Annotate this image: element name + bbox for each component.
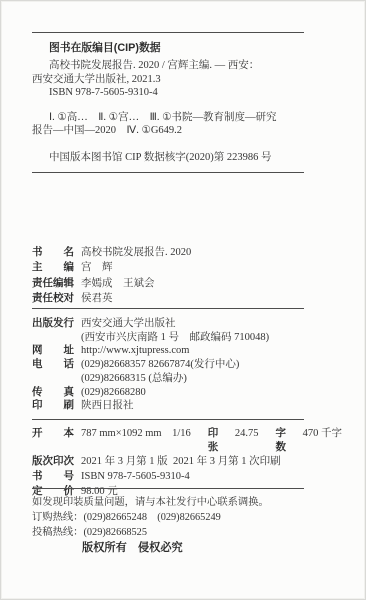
field-row-book-number: 书 号 ISBN 978-7-5605-9310-4 [32,469,342,484]
field-value: 陕西日报社 [81,399,134,413]
field-value: http://www.xjtupress.com [81,344,189,358]
copyright-page: 图书在版编目(CIP)数据 高校书院发展报告. 2020 / 宫辉主编. — 西… [0,0,366,600]
field-row-format: 开 本 787 mm×1092 mm 1/16 印张 24.75 字数 470 … [32,426,342,454]
field-label-wordcount: 字数 [276,426,293,454]
field-row-address: (西安市兴庆南路 1 号 邮政编码 710048) [32,331,342,345]
copyright-statement: 版权所有 侵权必究 [32,539,304,555]
field-value: 西安交通大学出版社 [81,317,176,331]
divider-rule-2 [32,172,304,173]
field-value: 宫 辉 [81,261,113,275]
field-value: 侯君英 [81,292,113,306]
cip-publisher-line: 西安交通大学出版社, 2021.3 [32,73,307,87]
divider-rule-3 [32,308,304,309]
cip-isbn-line: ISBN 978-7-5605-9310-4 [32,86,307,100]
divider-rule-4 [32,419,304,420]
field-row-phone-2: (029)82668315 (总编办) [32,372,342,386]
field-row-proofreader: 责任校对 侯君英 [32,291,332,306]
field-row-publisher: 出版发行 西安交通大学出版社 [32,317,342,331]
field-row-fax: 传 真 (029)82668280 [32,386,342,400]
cip-class-line-2: 报告—中国—2020 Ⅳ. ①G649.2 [32,124,307,138]
field-row-printer: 印 刷 陕西日报社 [32,399,342,413]
field-row-title: 书 名 高校书院发展报告. 2020 [32,245,332,260]
field-label: 责任校对 [32,291,81,305]
cip-header: 图书在版编目(CIP)数据 [32,41,307,55]
field-row-edition: 版次印次 2021 年 3 月第 1 版 2021 年 3 月第 1 次印刷 [32,454,342,469]
field-value: (西安市兴庆南路 1 号 邮政编码 710048) [81,331,269,345]
field-value: 高校书院发展报告. 2020 [81,246,191,260]
divider-rule-top [32,32,304,33]
field-label: 印 刷 [32,399,81,413]
field-label: 开 本 [32,426,81,440]
field-label: 版次印次 [32,454,81,468]
field-value: (029)82668280 [81,386,146,400]
field-value: 李嫣成 王斌会 [81,277,155,291]
order-hotline-line: 订购热线：(029)82665248 (029)82665249 [32,510,332,525]
field-row-editor-in-chief: 主 编 宫 辉 [32,260,332,275]
cip-title-line: 高校书院发展报告. 2020 / 宫辉主编. — 西安： [32,59,307,73]
field-label-sheets: 印张 [208,426,225,454]
book-info-section: 书 名 高校书院发展报告. 2020 主 编 宫 辉 责任编辑 李嫣成 王斌会 … [32,245,332,306]
field-value: 787 mm×1092 mm 1/16 [81,427,191,441]
quality-notice-line: 如发现印装质量问题，请与本社发行中心联系调换。 [32,495,332,510]
field-label: 电 话 [32,358,81,372]
divider-rule-5 [32,488,304,489]
field-row-website: 网 址 http://www.xjtupress.com [32,344,342,358]
cip-section: 图书在版编目(CIP)数据 高校书院发展报告. 2020 / 宫辉主编. — 西… [32,41,307,164]
field-label: 责任编辑 [32,276,81,290]
field-value-sheets: 24.75 [235,427,259,441]
field-label: 传 真 [32,386,81,400]
field-label: 网 址 [32,344,81,358]
field-label: 书 名 [32,245,81,259]
field-value-edition: 2021 年 3 月第 1 版 [81,455,173,469]
cip-class-line-1: Ⅰ. ①高… Ⅱ. ①宫… Ⅲ. ①书院—教育制度—研究 [32,111,307,125]
publishing-section: 出版发行 西安交通大学出版社 (西安市兴庆南路 1 号 邮政编码 710048)… [32,317,342,413]
field-value: ISBN 978-7-5605-9310-4 [81,470,190,484]
cip-record-line: 中国版本图书馆 CIP 数据核字(2020)第 223986 号 [32,151,307,165]
field-label: 主 编 [32,260,81,274]
field-value-impression: 2021 年 3 月第 1 次印刷 [173,455,281,469]
field-value: (029)82668357 82667874(发行中心) [81,358,239,372]
field-label: 出版发行 [32,317,81,331]
notice-section: 如发现印装质量问题，请与本社发行中心联系调换。 订购热线：(029)826652… [32,495,332,540]
submission-hotline-line: 投稿热线：(029)82668525 [32,525,332,540]
field-value-wordcount: 470 千字 [303,427,342,441]
field-value: (029)82668315 (总编办) [81,372,187,386]
field-row-responsible-editor: 责任编辑 李嫣成 王斌会 [32,276,332,291]
field-label: 书 号 [32,469,81,483]
field-row-phone: 电 话 (029)82668357 82667874(发行中心) [32,358,342,372]
